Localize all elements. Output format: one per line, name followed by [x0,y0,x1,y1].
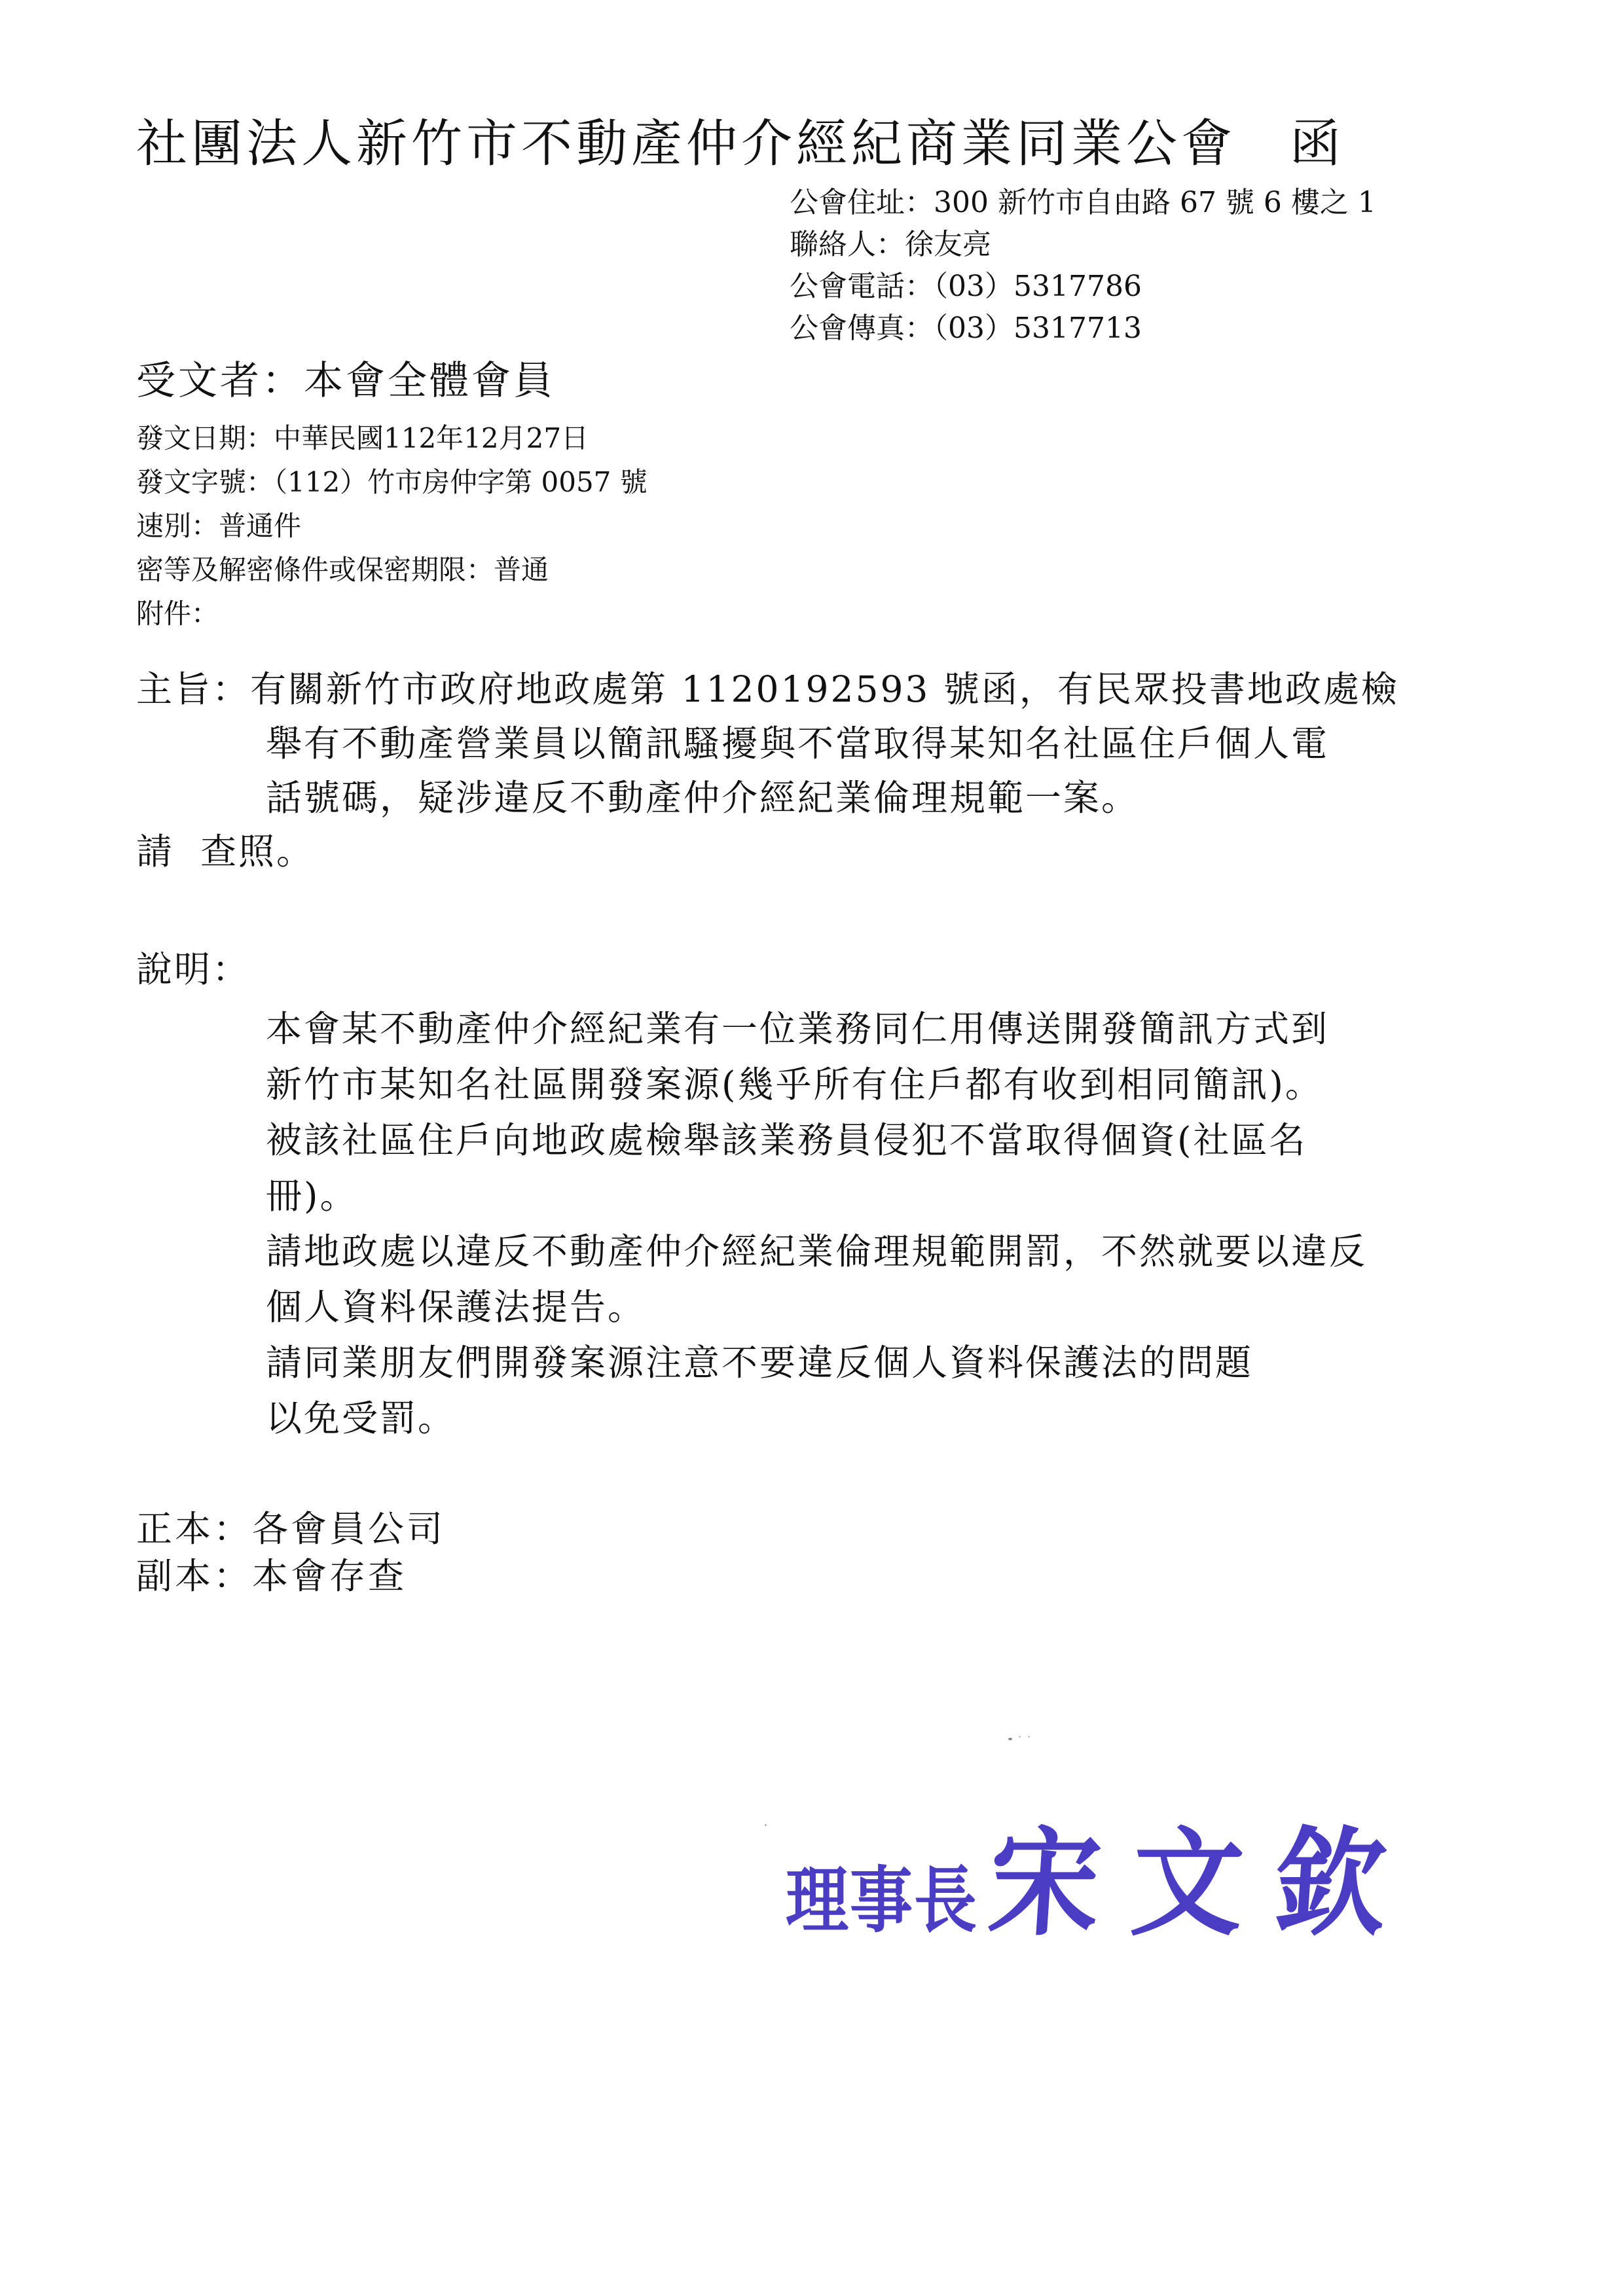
duplicate-copy-recipients: 副本：本會存查 [136,1552,445,1600]
issue-date: 發文日期：中華民國112年12月27日 [136,416,647,460]
signature-title: 理事長 [786,1844,978,1947]
explanation-body: 本會某不動產仲介經紀業有一位業務同仁用傳送開發簡訊方式到 新竹市某知名社區開發案… [266,1001,1367,1446]
document-number: 發文字號：（112）竹市房仲字第 0057 號 [136,460,647,504]
subject-label: 主旨： [136,668,250,710]
copy-distribution: 正本：各會員公司 副本：本會存查 [136,1505,445,1600]
chairman-signature-stamp: 理事長宋文欽 [786,1793,1418,1954]
scan-artifact [1008,1738,1012,1740]
delivery-speed: 速別：普通件 [136,504,647,548]
subject-section: 主旨：有關新竹市政府地政處第 1120192593 號函，有民眾投書地政處檢 舉… [136,662,1399,825]
request-action: 查照。 [200,831,314,872]
org-contact-person: 聯絡人：徐友亮 [790,224,1376,266]
scan-artifact [765,1824,767,1826]
explanation-line-1: 本會某不動產仲介經紀業有一位業務同仁用傳送開發簡訊方式到 [266,1001,1367,1057]
subject-line-2: 舉有不動產營業員以簡訊騷擾與不當取得某知名社區住戶個人電 [136,717,1399,771]
explanation-line-6: 個人資料保護法提告。 [266,1280,1367,1335]
document-type: 函 [1290,115,1345,173]
explanation-line-7: 請同業朋友們開發案源注意不要違反個人資料保護法的問題 [266,1335,1367,1391]
explanation-line-8: 以免受罰。 [266,1391,1367,1446]
organization-name: 社團法人新竹市不動產仲介經紀商業同業公會 [136,115,1236,173]
explanation-label: 說明： [136,942,250,997]
organization-contact-info: 公會住址：300 新竹市自由路 67 號 6 樓之 1 聯絡人：徐友亮 公會電話… [790,182,1376,350]
signature-name: 宋文欽 [984,1789,1423,1958]
org-phone: 公會電話：（03）5317786 [790,266,1376,308]
request-word: 請 [136,831,174,872]
explanation-line-3: 被該社區住戶向地政處檢舉該業務員侵犯不當取得個資(社區名 [266,1113,1367,1168]
document-metadata: 發文日期：中華民國112年12月27日 發文字號：（112）竹市房仲字第 005… [136,416,647,636]
original-copy-recipients: 正本：各會員公司 [136,1505,445,1552]
request-line: 請查照。 [136,825,314,879]
subject-line-3: 話號碼，疑涉違反不動產仲介經紀業倫理規範一案。 [136,771,1399,825]
attachments: 附件： [136,592,647,636]
scan-artifact [1028,1736,1030,1738]
recipient: 受文者：本會全體會員 [136,355,555,407]
org-fax: 公會傳真：（03）5317713 [790,308,1376,350]
security-classification: 密等及解密條件或保密期限：普通 [136,548,647,592]
explanation-line-2: 新竹市某知名社區開發案源(幾乎所有住戶都有收到相同簡訊)。 [266,1057,1367,1113]
document-title: 社團法人新竹市不動產仲介經紀商業同業公會函 [136,111,1345,177]
subject-line-1: 有關新竹市政府地政處第 1120192593 號函，有民眾投書地政處檢 [250,668,1399,710]
org-address: 公會住址：300 新竹市自由路 67 號 6 樓之 1 [790,182,1376,224]
scan-artifact [1019,1736,1021,1738]
explanation-line-4: 冊)。 [266,1168,1367,1224]
explanation-line-5: 請地政處以違反不動產仲介經紀業倫理規範開罰，不然就要以違反 [266,1224,1367,1280]
